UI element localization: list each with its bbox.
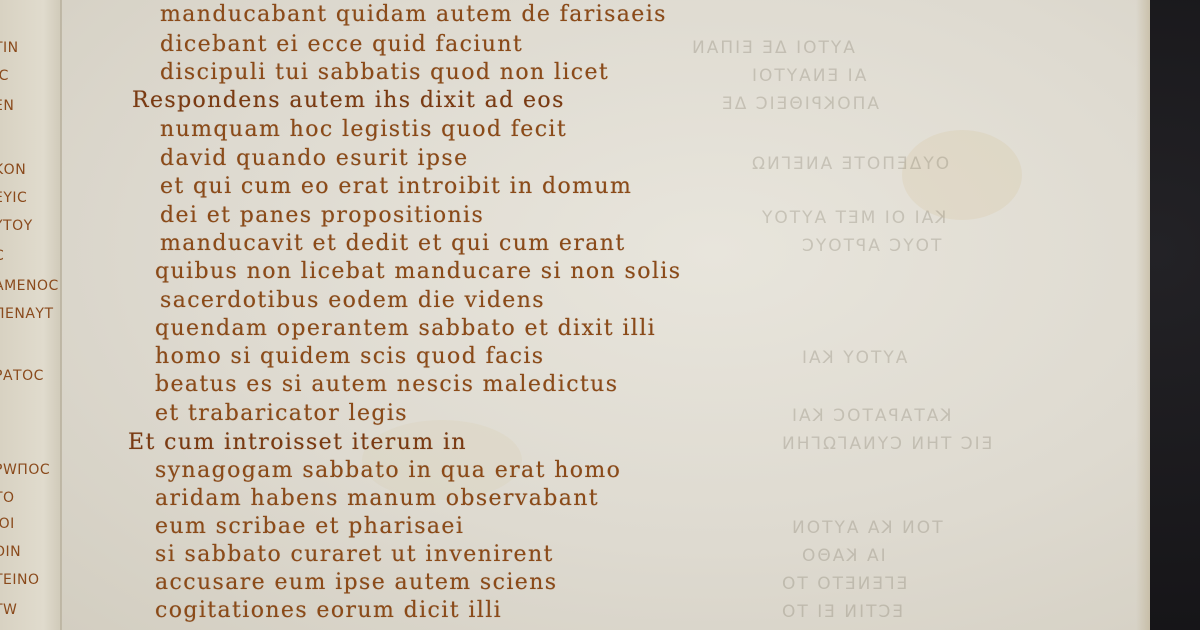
greek-text-line: ΕΥΙC bbox=[0, 190, 27, 206]
greek-text-line: ΙΟΙ bbox=[0, 516, 15, 532]
latin-text-line: et trabaricator legis bbox=[155, 401, 408, 426]
latin-text-line: dicebant ei ecce quid faciunt bbox=[160, 32, 523, 57]
latin-text-line: eum scribae et pharisaei bbox=[155, 514, 464, 539]
latin-text-line: cogitationes eorum dicit illi bbox=[155, 598, 502, 623]
show-through-text: ΕΓΕΝΕΤΟ ΤΟ bbox=[780, 574, 907, 594]
greek-text-line: ΑΜΕΝΟC bbox=[0, 278, 59, 294]
show-through-text: ΤΟΝ ΚΑ ΑΥΤΟΝ bbox=[790, 518, 943, 538]
parchment-stain bbox=[902, 130, 1022, 220]
greek-text-line: ΤΟ bbox=[0, 490, 15, 506]
show-through-text: ΑΠΟΚΡΙΘΕΙC ΔΕ bbox=[720, 94, 879, 114]
parchment-page-latin: ΑΥΤΟΙ ΔΕ ΕΙΠΑΝΑΙ ΕΝΑΥΤΟΙΑΠΟΚΡΙΘΕΙC ΔΕΟΥΔ… bbox=[62, 0, 1150, 630]
latin-text-line: dei et panes propositionis bbox=[160, 203, 484, 228]
latin-text-line: Et cum introisset iterum in bbox=[128, 430, 467, 455]
show-through-text: ΑΙ ΕΝΑΥΤΟΙ bbox=[750, 66, 866, 86]
latin-text-line: beatus es si autem nescis maledictus bbox=[155, 372, 618, 397]
manuscript-photo: ΤΙΝΙCΕΝΚΟΝΕΥΙCΥΤΟΥCΑΜΕΝΟCΠΕΝΑΥΤΡΑΤΟCΡWΠΟ… bbox=[0, 0, 1200, 630]
latin-text-line: numquam hoc legistis quod fecit bbox=[160, 117, 567, 142]
show-through-text: ΑΥΤΟΥ ΚΑΙ bbox=[800, 348, 907, 368]
greek-text-line: ΚΟΝ bbox=[0, 162, 26, 178]
latin-text-line: manducabant quidam autem de farisaeis bbox=[160, 2, 667, 27]
show-through-text: ΟΥΔΕΠΟΤΕ ΑΝΕΓΝΩ bbox=[750, 154, 949, 174]
show-through-text: ΕΙC ΤΗΝ CΥΝΑΓΩΓΗΝ bbox=[780, 434, 992, 454]
show-through-text: ΤΟΥC ΑΡΤΟΥC bbox=[800, 236, 941, 256]
greek-text-line: ΡΑΤΟC bbox=[0, 368, 44, 384]
latin-text-line: discipuli tui sabbatis quod non licet bbox=[160, 60, 609, 85]
facing-page-greek: ΤΙΝΙCΕΝΚΟΝΕΥΙCΥΤΟΥCΑΜΕΝΟCΠΕΝΑΥΤΡΑΤΟCΡWΠΟ… bbox=[0, 0, 62, 630]
show-through-text: ΚΑΤΑΡΑΤΟC ΚΑΙ bbox=[790, 406, 952, 426]
greek-text-line: ΤW bbox=[0, 602, 17, 618]
show-through-text: ΙΑ ΚΑΘΟ bbox=[800, 546, 886, 566]
latin-text-line: accusare eum ipse autem sciens bbox=[155, 570, 557, 595]
greek-text-line: ΟΙΝ bbox=[0, 544, 21, 560]
greek-text-line: ΥΤΟΥ bbox=[0, 218, 33, 234]
greek-text-line: ΤΕΙΝΟ bbox=[0, 572, 40, 588]
greek-text-line: ΠΕΝΑΥΤ bbox=[0, 306, 54, 322]
latin-text-line: quibus non licebat manducare si non soli… bbox=[155, 259, 681, 284]
latin-text-line: manducavit et dedit et qui cum erant bbox=[160, 231, 626, 256]
latin-text-line: quendam operantem sabbato et dixit illi bbox=[155, 316, 656, 341]
show-through-text: ΕCΤΙΝ ΕΙ ΤΟ bbox=[780, 602, 903, 622]
latin-text-line: Respondens autem ihs dixit ad eos bbox=[132, 88, 565, 113]
show-through-text: ΚΑΙ ΟΙ ΜΕΤ ΑΥΤΟΥ bbox=[760, 208, 946, 228]
latin-text-line: david quando esurit ipse bbox=[160, 146, 469, 171]
greek-text-line: ΙC bbox=[0, 68, 9, 84]
latin-text-line: sacerdotibus eodem die videns bbox=[160, 288, 545, 313]
greek-text-line: ΤΙΝ bbox=[0, 40, 19, 56]
latin-text-line: homo si quidem scis quod facis bbox=[155, 344, 545, 369]
show-through-text: ΑΥΤΟΙ ΔΕ ΕΙΠΑΝ bbox=[690, 38, 855, 58]
greek-text-line: C bbox=[0, 248, 4, 264]
greek-text-line: ΡWΠΟC bbox=[0, 462, 50, 478]
latin-text-line: si sabbato curaret ut invenirent bbox=[155, 542, 554, 567]
latin-text-line: aridam habens manum observabant bbox=[155, 486, 599, 511]
greek-text-line: ΕΝ bbox=[0, 98, 14, 114]
latin-text-line: synagogam sabbato in qua erat homo bbox=[155, 458, 621, 483]
latin-text-line: et qui cum eo erat introibit in domum bbox=[160, 174, 632, 199]
